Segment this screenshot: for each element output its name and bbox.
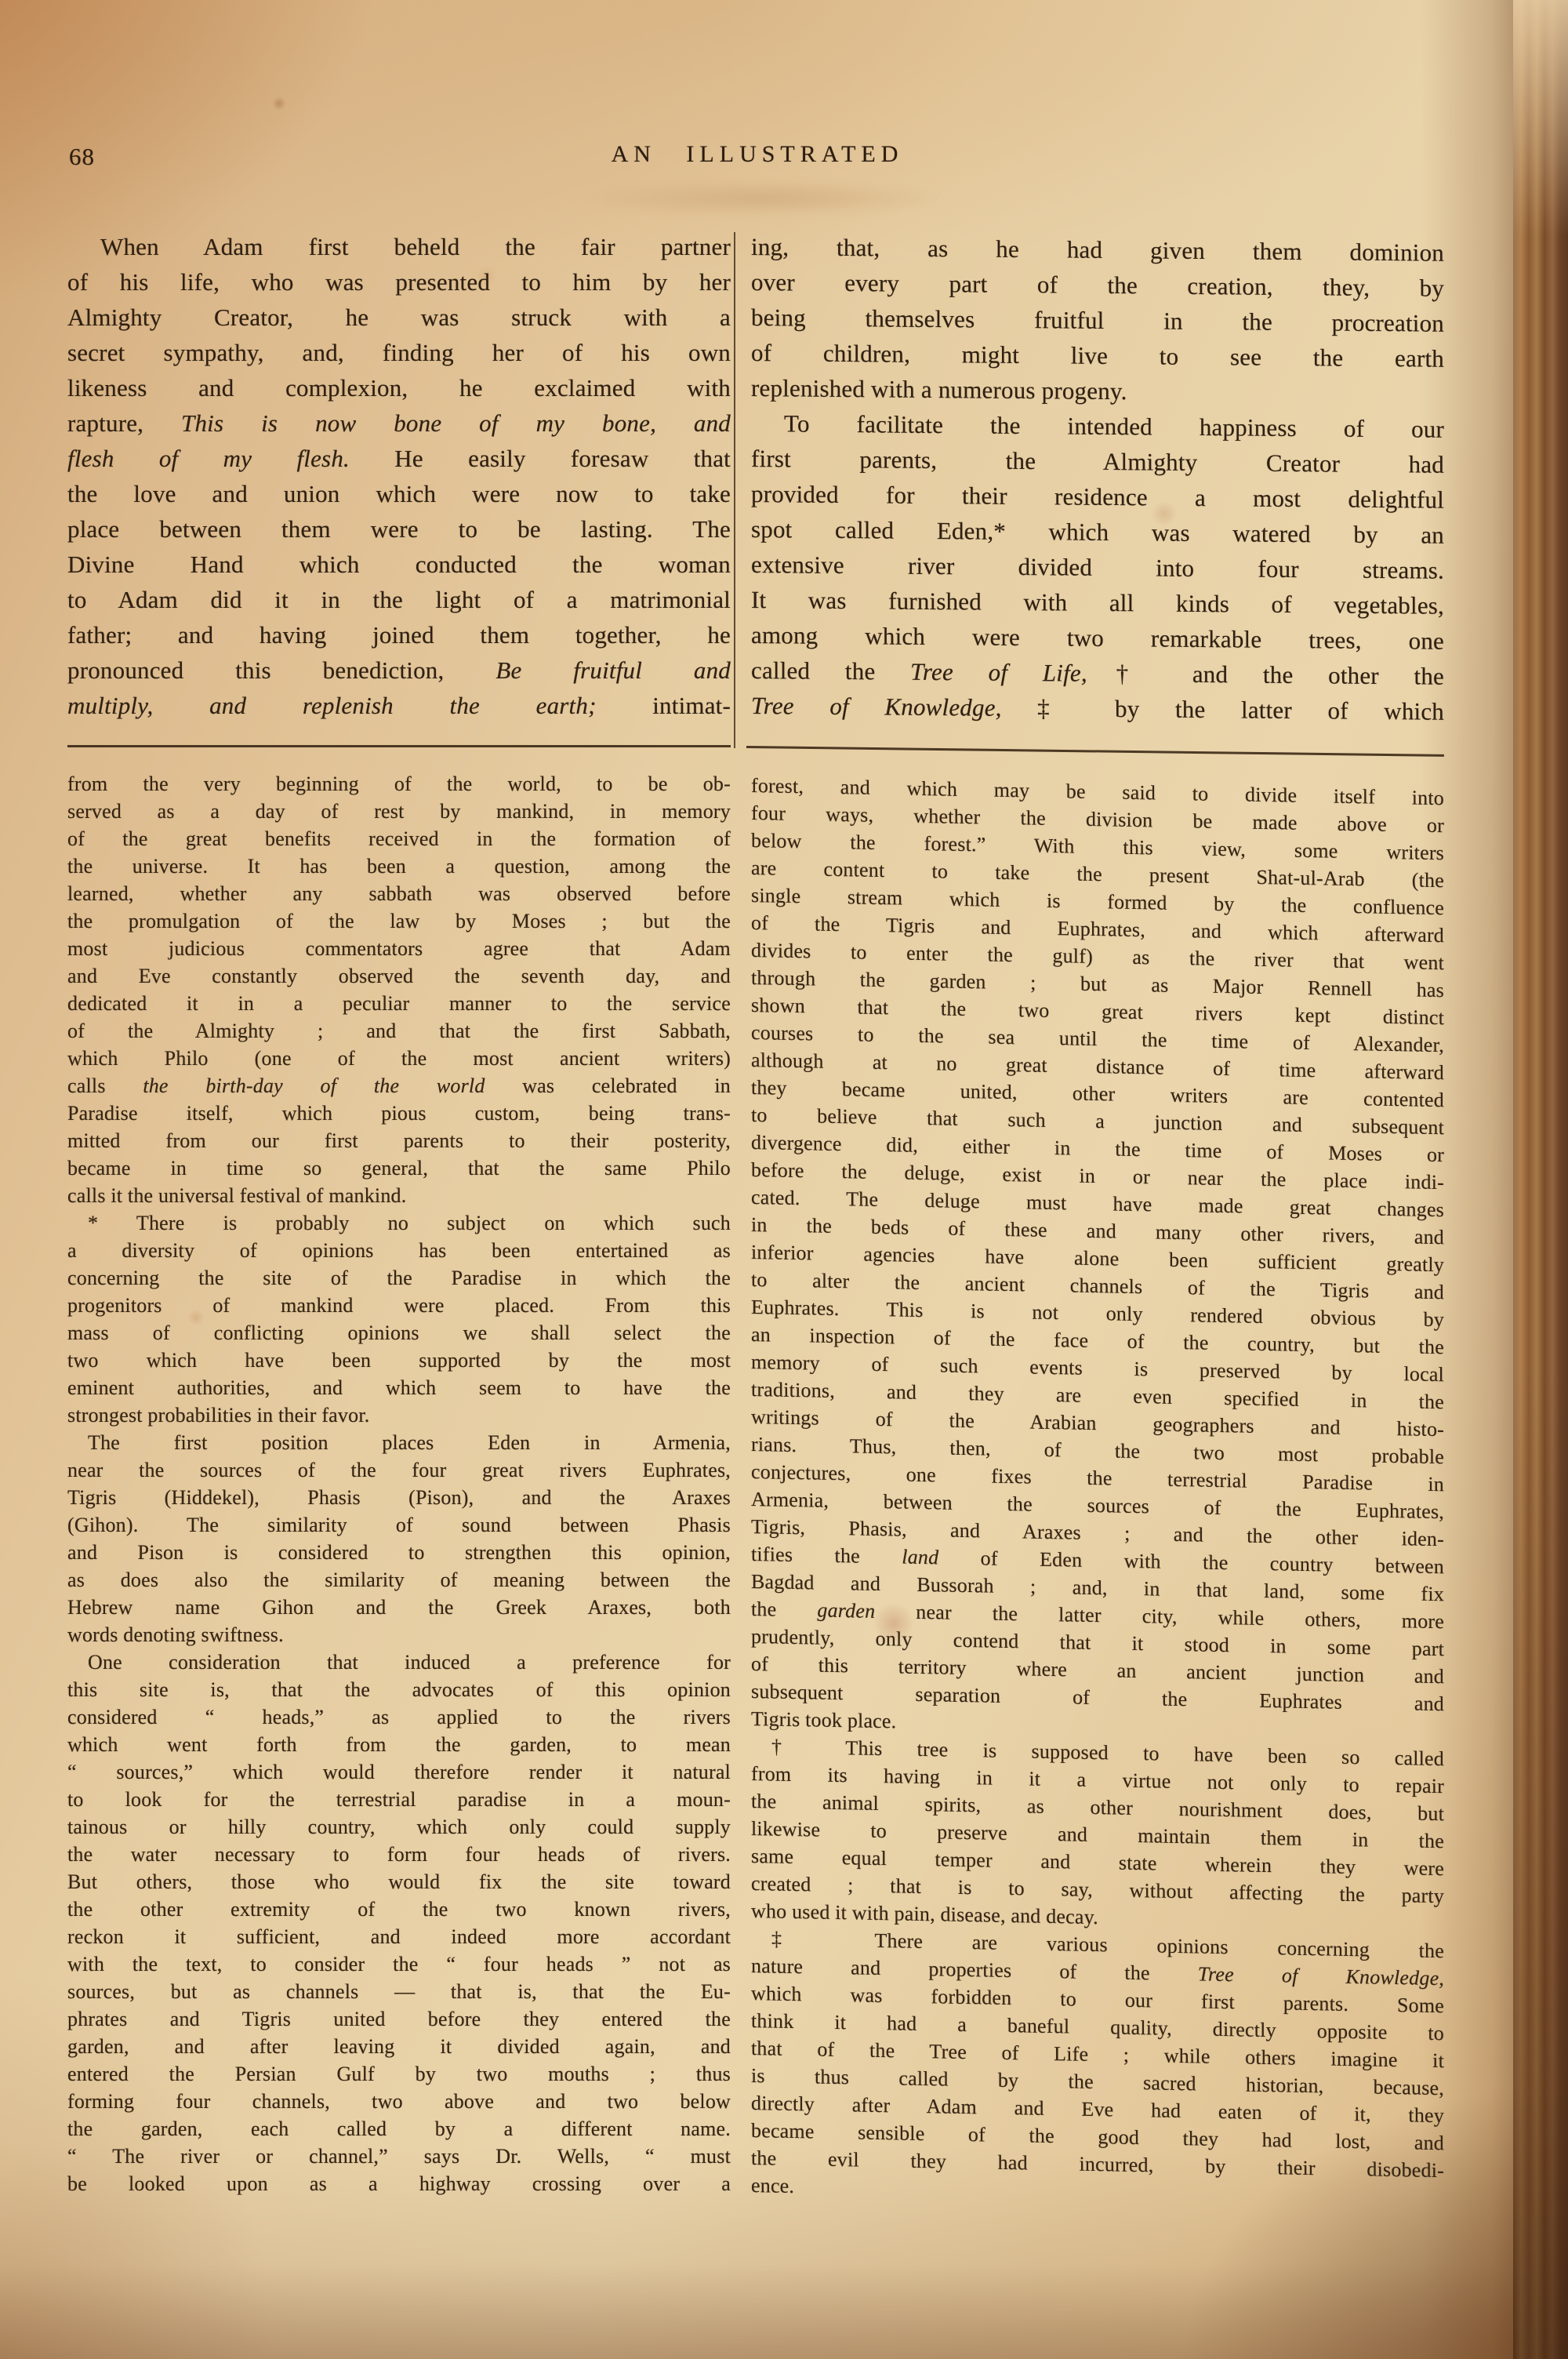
main-text-right-column: ing, that, as he had given them dominion… — [751, 229, 1444, 729]
text-line: The first position places Eden in Armeni… — [67, 1429, 731, 1456]
paragraph: ‡ There are various opinions concerning … — [751, 1925, 1444, 2212]
text-line: Tigris (Hiddekel), Phasis (Pison), and t… — [67, 1484, 731, 1511]
text-line: pronounced this benediction, Be fruitful… — [67, 652, 731, 688]
paragraph: forest, and which may be said to divide … — [751, 772, 1444, 1745]
text-line: of the Almighty ; and that the first Sab… — [67, 1017, 731, 1045]
text-line: from the very beginning of the world, to… — [67, 770, 731, 798]
text-line: of his life, who was presented to him by… — [67, 264, 731, 300]
text-line: mass of conflicting opinions we shall se… — [67, 1319, 731, 1347]
text-line: But others, those who would fix the site… — [67, 1868, 731, 1896]
text-line: spot called Eden,* which was watered by … — [751, 511, 1444, 553]
text-line: eminent authorities, and which seem to h… — [67, 1374, 731, 1401]
text-line: words denoting swiftness. — [67, 1621, 731, 1648]
footnote-separator-rule-right — [746, 746, 1444, 757]
text-line: with the text, to consider the “ four he… — [67, 1950, 731, 1978]
text-line: provided for their residence a most deli… — [751, 476, 1444, 518]
text-line: When Adam first beheld the fair partner — [67, 229, 731, 264]
text-line: dedicated it in a peculiar manner to the… — [67, 990, 731, 1017]
text-line: and Pison is considered to strengthen th… — [67, 1539, 731, 1566]
text-line: phrates and Tigris united before they en… — [67, 2005, 731, 2033]
text-line: learned, whether any sabbath was observe… — [67, 880, 731, 907]
text-line: called the Tree of Life,† and the other … — [751, 652, 1444, 694]
text-line: among which were two remarkable trees, o… — [751, 617, 1444, 659]
text-line: flesh of my flesh. He easily foresaw tha… — [67, 441, 731, 476]
text-line: “ sources,” which would therefore render… — [67, 1758, 731, 1786]
paragraph: To facilitate the intended happiness of … — [751, 405, 1444, 729]
text-line: * There is probably no subject on which … — [67, 1209, 731, 1237]
text-line: the promulgation of the law by Moses ; b… — [67, 907, 731, 935]
text-line: the garden, each called by a different n… — [67, 2115, 731, 2143]
text-line: progenitors of mankind were placed. From… — [67, 1292, 731, 1319]
text-line: as does also the similarity of meaning b… — [67, 1566, 731, 1594]
text-line: One consideration that induced a prefere… — [67, 1648, 731, 1676]
text-line: became in time so general, that the same… — [67, 1154, 731, 1182]
text-line: to Adam did it in the light of a matrimo… — [67, 582, 731, 617]
paragraph: One consideration that induced a prefere… — [67, 1648, 731, 2197]
text-line: place between them were to be lasting. T… — [67, 511, 731, 547]
text-line: the water necessary to form four heads o… — [67, 1841, 731, 1868]
running-header: AN ILLUSTRATED — [67, 141, 1447, 168]
text-line: entered the Persian Gulf by two mouths ;… — [67, 2060, 731, 2088]
text-line: which went forth from the garden, to mea… — [67, 1731, 731, 1758]
text-line: secret sympathy, and, finding her of his… — [67, 335, 731, 370]
text-line: tainous or hilly country, which only cou… — [67, 1813, 731, 1841]
text-line: Almighty Creator, he was struck with a — [67, 300, 731, 335]
text-line: of the great benefits received in the fo… — [67, 825, 731, 852]
main-text-left-column: When Adam first beheld the fair partnero… — [67, 229, 731, 723]
text-line: the love and union which were now to tak… — [67, 476, 731, 511]
text-line: being themselves fruitful in the procrea… — [751, 300, 1444, 341]
text-line: strongest probabilities in their favor. — [67, 1401, 731, 1429]
text-line: which Philo (one of the most ancient wri… — [67, 1045, 731, 1072]
text-line: (Gihon). The similarity of sound between… — [67, 1511, 731, 1539]
text-line: served as a day of rest by mankind, in m… — [67, 798, 731, 825]
text-line: sources, but as channels — that is, that… — [67, 1978, 731, 2005]
footnote-left-column: from the very beginning of the world, to… — [67, 770, 731, 2197]
text-line: rapture, This is now bone of my bone, an… — [67, 405, 731, 441]
text-line: reckon it sufficient, and indeed more ac… — [67, 1923, 731, 1950]
text-line: two which have been supported by the mos… — [67, 1347, 731, 1374]
text-line: “ The river or channel,” says Dr. Wells,… — [67, 2143, 731, 2170]
text-line: Paradise itself, which pious custom, bei… — [67, 1100, 731, 1127]
text-line: calls it the universal festival of manki… — [67, 1182, 731, 1209]
text-line: extensive river divided into four stream… — [751, 547, 1444, 588]
paragraph: * There is probably no subject on which … — [67, 1209, 731, 1429]
text-line: the universe. It has been a question, am… — [67, 852, 731, 880]
text-line: Divine Hand which conducted the woman — [67, 547, 731, 582]
text-line: first parents, the Almighty Creator had — [751, 441, 1444, 482]
text-line: be looked upon as a highway crossing ove… — [67, 2170, 731, 2197]
paragraph: The first position places Eden in Armeni… — [67, 1429, 731, 1648]
text-line: to look for the terrestrial paradise in … — [67, 1786, 731, 1813]
footnote-separator-rule-left — [67, 745, 731, 747]
paragraph: † This tree is supposed to have been so … — [751, 1732, 1444, 1937]
text-line: To facilitate the intended happiness of … — [751, 405, 1444, 447]
column-divider-rule — [734, 232, 735, 748]
text-line: father; and having joined them together,… — [67, 617, 731, 652]
paragraph: ing, that, as he had given them dominion… — [751, 229, 1444, 412]
text-line: most judicious commentators agree that A… — [67, 935, 731, 962]
book-fore-edge — [1513, 0, 1568, 2359]
text-line: multiply, and replenish the earth; intim… — [67, 688, 731, 723]
text-line: Hebrew name Gihon and the Greek Araxes, … — [67, 1594, 731, 1621]
text-line: Tree of Knowledge, ‡ by the latter of wh… — [751, 688, 1444, 729]
book-page-scan: 68 AN ILLUSTRATED When Adam first beheld… — [0, 0, 1568, 2359]
text-line: garden, and after leaving it divided aga… — [67, 2033, 731, 2060]
ink-showthrough-smudge — [580, 180, 949, 216]
text-line: It was furnished with all kinds of veget… — [751, 582, 1444, 623]
text-line: this site is, that the advocates of this… — [67, 1676, 731, 1703]
footnote-right-column: forest, and which may be said to divide … — [751, 772, 1444, 2212]
text-line: near the sources of the four great river… — [67, 1456, 731, 1484]
paragraph: When Adam first beheld the fair partnero… — [67, 229, 731, 723]
text-line: likeness and complexion, he exclaimed wi… — [67, 370, 731, 405]
text-line: calls the birth-day of the world was cel… — [67, 1072, 731, 1100]
text-line: a diversity of opinions has been enterta… — [67, 1237, 731, 1264]
text-line: concerning the site of the Paradise in w… — [67, 1264, 731, 1292]
text-line: mitted from our first parents to their p… — [67, 1127, 731, 1154]
text-line: of children, might live to see the earth — [751, 335, 1444, 376]
text-line: the other extremity of the two known riv… — [67, 1896, 731, 1923]
paragraph: from the very beginning of the world, to… — [67, 770, 731, 1209]
text-line: ing, that, as he had given them dominion — [751, 229, 1444, 271]
text-line: and Eve constantly observed the seventh … — [67, 962, 731, 990]
text-line: considered “ heads,” as applied to the r… — [67, 1703, 731, 1731]
text-line: replenished with a numerous progeny. — [751, 370, 1444, 412]
text-line: over every part of the creation, they, b… — [751, 264, 1444, 306]
text-line: forming four channels, two above and two… — [67, 2088, 731, 2115]
